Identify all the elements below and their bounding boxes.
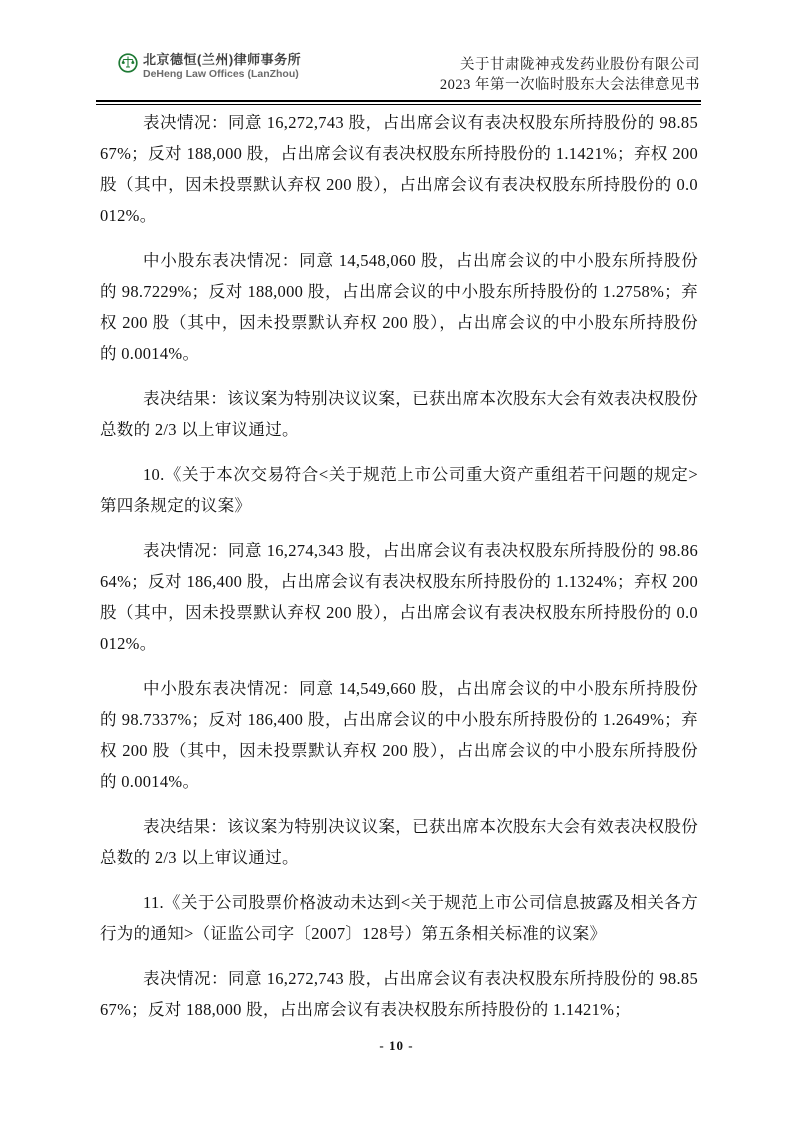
document-body: 表决情况：同意 16,272,743 股，占出席会议有表决权股东所持股份的 98…: [100, 107, 698, 1025]
law-firm-name-en: DeHeng Law Offices (LanZhou): [143, 68, 301, 81]
paragraph-voting-result: 表决情况：同意 16,272,743 股，占出席会议有表决权股东所持股份的 98…: [100, 963, 698, 1025]
paragraph-resolution-result: 表决结果：该议案为特别决议议案，已获出席本次股东大会有效表决权股份总数的 2/3…: [100, 383, 698, 445]
paragraph-minority-voting: 中小股东表决情况：同意 14,549,660 股，占出席会议的中小股东所持股份的…: [100, 673, 698, 797]
paragraph-voting-result: 表决情况：同意 16,274,343 股，占出席会议有表决权股东所持股份的 98…: [100, 535, 698, 659]
paragraph-minority-voting: 中小股东表决情况：同意 14,548,060 股，占出席会议的中小股东所持股份的…: [100, 245, 698, 369]
paragraph-resolution-result: 表决结果：该议案为特别决议议案，已获出席本次股东大会有效表决权股份总数的 2/3…: [100, 811, 698, 873]
page-number: - 10 -: [0, 1038, 793, 1054]
paragraph-voting-result: 表决情况：同意 16,272,743 股，占出席会议有表决权股东所持股份的 98…: [100, 107, 698, 231]
law-firm-names: 北京德恒(兰州)律师事务所 DeHeng Law Offices (LanZho…: [143, 52, 301, 81]
page-header: 北京德恒(兰州)律师事务所 DeHeng Law Offices (LanZho…: [97, 48, 700, 95]
document-page: 北京德恒(兰州)律师事务所 DeHeng Law Offices (LanZho…: [0, 0, 793, 1122]
law-firm-name-cn: 北京德恒(兰州)律师事务所: [143, 52, 301, 67]
document-title-line1: 关于甘肃陇神戎发药业股份有限公司: [440, 55, 700, 75]
proposal-title-11: 11.《关于公司股票价格波动未达到<关于规范上市公司信息披露及相关各方行为的通知…: [100, 887, 698, 949]
document-title: 关于甘肃陇神戎发药业股份有限公司 2023 年第一次临时股东大会法律意见书: [440, 55, 700, 95]
proposal-title-10: 10.《关于本次交易符合<关于规范上市公司重大资产重组若干问题的规定>第四条规定…: [100, 459, 698, 521]
law-firm-block: 北京德恒(兰州)律师事务所 DeHeng Law Offices (LanZho…: [118, 52, 301, 81]
header-divider: [96, 100, 701, 105]
deheng-logo-icon: [118, 53, 138, 78]
document-title-line2: 2023 年第一次临时股东大会法律意见书: [440, 75, 700, 95]
